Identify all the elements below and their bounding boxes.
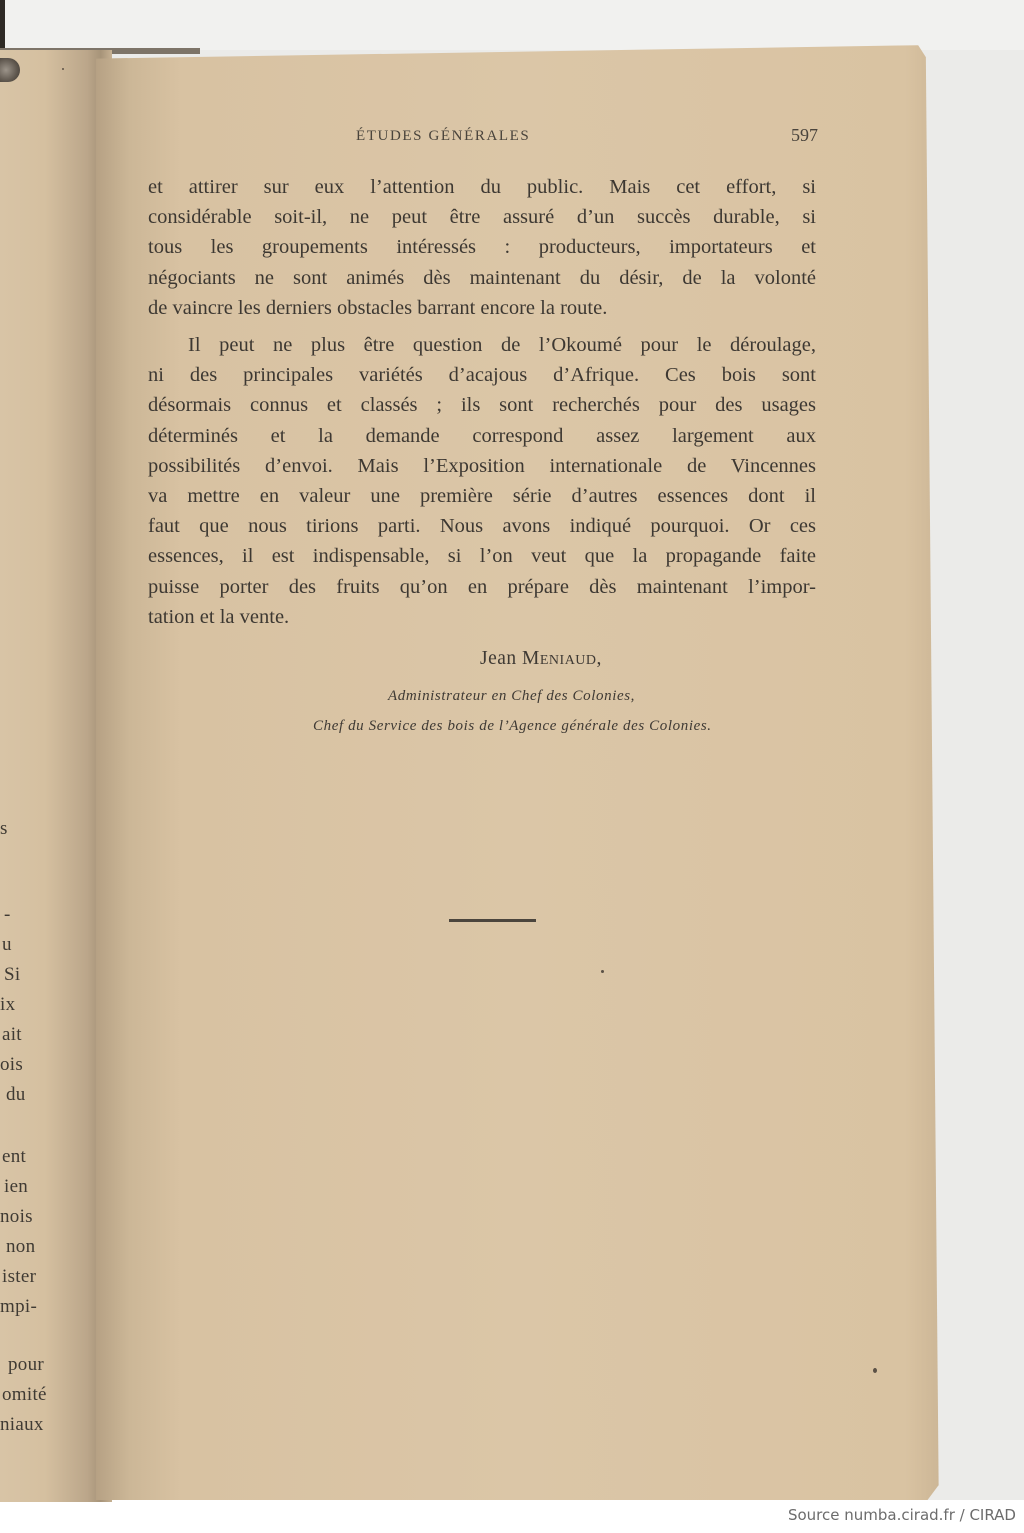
text-line: déterminés et la demande correspond asse… (148, 421, 816, 451)
author-first-name: Jean (480, 648, 517, 669)
body-text: et attirer sur eux l’attention du public… (148, 172, 816, 632)
facing-page-fragment: ois (0, 1054, 23, 1076)
section-divider-rule (449, 919, 536, 922)
facing-page-fragment: ait (2, 1024, 22, 1046)
paper-speck (873, 1368, 877, 1373)
text-line: essences, il est indispensable, si l’on … (148, 541, 816, 571)
page-number: 597 (791, 125, 818, 146)
scan-top-edge (0, 0, 1024, 50)
source-credit: Source numba.cirad.fr / CIRAD (788, 1506, 1016, 1524)
text-line: faut que nous tirions parti. Nous avons … (148, 511, 816, 541)
text-line: négociants ne sont animés dès maintenant… (148, 263, 816, 293)
running-header: ÉTUDES GÉNÉRALES 597 (148, 128, 818, 152)
facing-page-fragment: u (2, 934, 12, 956)
text-line: va mettre en valeur une première série d… (148, 481, 816, 511)
facing-page-fragment: ister (2, 1266, 36, 1288)
facing-page-fragment: Si (4, 964, 20, 986)
paper-speck (601, 970, 604, 973)
facing-page-fragment: du (6, 1084, 26, 1106)
text-line: puisse porter des fruits qu’on en prépar… (148, 572, 816, 602)
text-line: désormais connus et classés ; ils sont r… (148, 390, 816, 420)
facing-page-fragment: ien (4, 1176, 28, 1198)
facing-page-fragment: mpi- (0, 1296, 37, 1318)
facing-page-fragment: niaux (0, 1414, 44, 1436)
text-line: Il peut ne plus être question de l’Okoum… (148, 330, 816, 360)
paragraph-1: et attirer sur eux l’attention du public… (148, 172, 816, 323)
facing-page-fragment: nois (0, 1206, 33, 1228)
text-line: considérable soit-il, ne peut être assur… (148, 202, 816, 232)
facing-page-fragment: omité (2, 1384, 47, 1406)
text-line: et attirer sur eux l’attention du public… (148, 172, 816, 202)
paragraph-2: Il peut ne plus être question de l’Okoum… (148, 330, 816, 632)
author-name: Jean Meniaud, (480, 648, 602, 670)
text-line: possibilités d’envoi. Mais l’Exposition … (148, 451, 816, 481)
text-line: tous les groupements intéressés : produc… (148, 232, 816, 262)
facing-page-fragment: s (0, 818, 8, 840)
binding-edge (0, 0, 5, 55)
author-affiliation: Chef du Service des bois de l’Agence gén… (313, 718, 712, 735)
facing-page-fragment: ent (2, 1146, 26, 1168)
author-title: Administrateur en Chef des Colonies, (388, 688, 635, 705)
text-line: tation et la vente. (148, 602, 816, 632)
running-header-title: ÉTUDES GÉNÉRALES (356, 128, 530, 145)
author-last-name: Meniaud, (522, 648, 602, 669)
text-line: de vaincre les derniers obstacles barran… (148, 293, 816, 323)
facing-page-fragment: non (6, 1236, 35, 1258)
text-line: ni des principales variétés d’acajous d’… (148, 360, 816, 390)
facing-page-fragment: ix (0, 994, 15, 1016)
paper-speck (62, 68, 64, 70)
facing-page-fragment: pour (8, 1354, 44, 1376)
facing-page-fragment: - (4, 904, 11, 926)
